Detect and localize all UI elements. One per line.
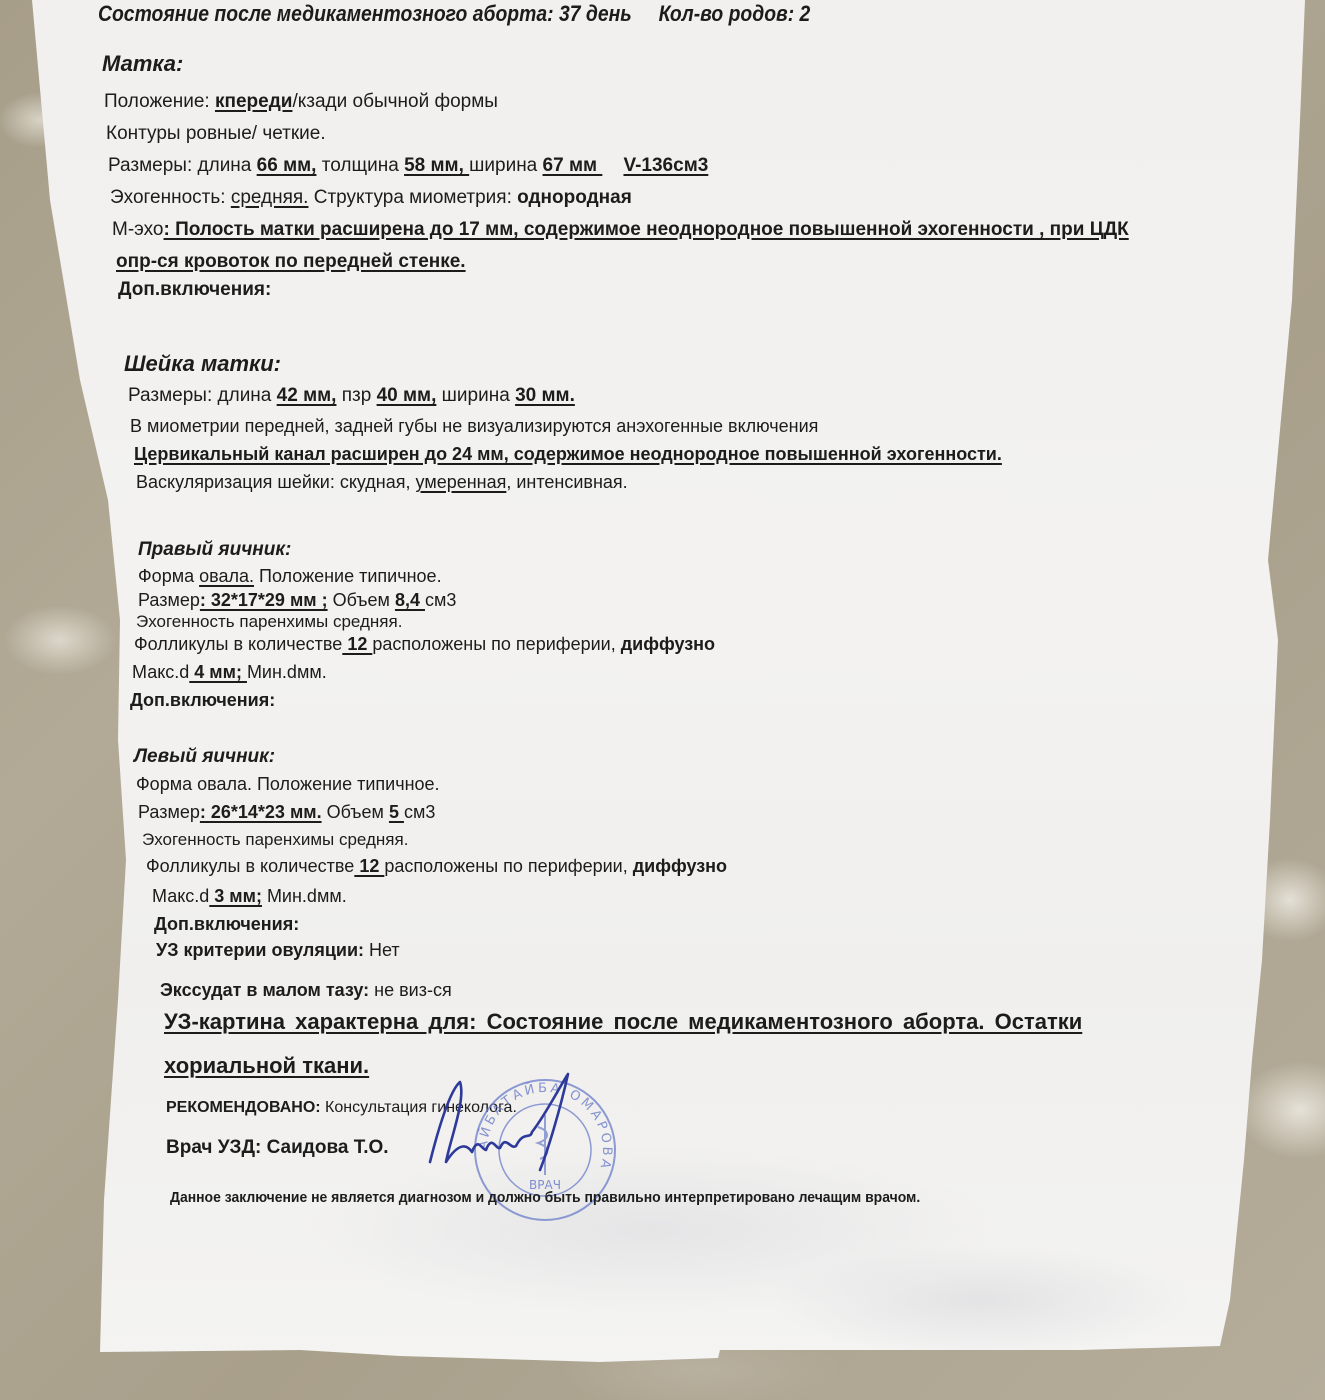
conclusion-line-2: хориальной ткани.	[164, 1054, 369, 1078]
cervix-length: 42 мм,	[277, 385, 337, 406]
cervix-width: 30 мм.	[515, 385, 575, 406]
right-ovary-shape: Форма овала. Положение типичное.	[138, 564, 442, 588]
left-ovary-shape: Форма овала. Положение типичное.	[136, 772, 440, 796]
left-ovary-follicles: Фолликулы в количестве 12 расположены по…	[146, 854, 727, 878]
uterus-echogenicity: Эхогенность: средняя. Структура миометри…	[110, 186, 632, 210]
doctor-line: Врач УЗД: Саидова Т.О.	[166, 1136, 389, 1160]
doctor-signature	[420, 1070, 620, 1180]
left-ovary-volume: 5	[389, 802, 404, 822]
left-ovary-size: Размер: 26*14*23 мм. Объем 5 см3	[138, 800, 435, 824]
cervix-myometrium-note: В миометрии передней, задней губы не виз…	[130, 414, 818, 438]
cervix-apd: 40 мм,	[377, 385, 437, 406]
uterus-position: Положение: кпереди/кзади обычной формы	[104, 90, 498, 114]
right-ovary-extra-inclusions: Доп.включения:	[130, 688, 275, 712]
uterus-title: Матка:	[102, 52, 183, 76]
left-ovary-follicle-diameter: Макс.d 3 мм; Мин.dмм.	[152, 884, 347, 908]
left-ovary-follicle-count: 12	[354, 856, 384, 876]
uterus-extra-inclusions: Доп.включения:	[118, 278, 271, 302]
cervix-canal-note: Цервикальный канал расширен до 24 мм, со…	[134, 442, 1002, 466]
uterus-length: 66 мм,	[257, 155, 317, 176]
uterus-width: 67 мм	[543, 155, 603, 176]
myometrium-structure: однородная	[517, 187, 632, 208]
uterus-sizes: Размеры: длина 66 мм, толщина 58 мм, шир…	[108, 154, 708, 178]
disclaimer: Данное заключение не является диагнозом …	[170, 1186, 920, 1210]
right-ovary-follicle-count: 12	[342, 634, 372, 654]
right-ovary-title: Правый яичник:	[138, 538, 291, 562]
position-selected: кпереди	[215, 91, 292, 112]
right-ovary-volume: 8,4	[395, 590, 425, 610]
m-echo-line-1: М-эхо: Полость матки расширена до 17 мм,…	[112, 218, 1129, 242]
left-ovary-echogenicity: Эхогенность паренхимы средняя.	[142, 828, 408, 852]
left-ovary-max-d: 3 мм;	[209, 886, 262, 906]
right-ovary-max-d: 4 мм;	[189, 662, 247, 682]
pelvic-exudate: Экссудат в малом тазу: не виз-ся	[160, 978, 452, 1002]
left-ovary-extra-inclusions: Доп.включения:	[154, 912, 299, 936]
report-header: Состояние после медикаментозного аборта:…	[98, 2, 810, 26]
left-ovary-dimensions: : 26*14*23 мм.	[200, 802, 322, 822]
right-ovary-size: Размер: 32*17*29 мм ; Объем 8,4 см3	[138, 588, 456, 612]
cervix-sizes: Размеры: длина 42 мм, пзр 40 мм, ширина …	[128, 384, 575, 408]
condition-label: Состояние после медикаментозного аборта:…	[98, 1, 632, 26]
births-label: Кол-во родов: 2	[659, 1, 811, 26]
uterus-contours: Контуры ровные/ четкие.	[106, 122, 326, 146]
cervix-vascularization: Васкуляризация шейки: скудная, умеренная…	[136, 470, 628, 494]
right-ovary-follicle-diameter: Макс.d 4 мм; Мин.dмм.	[132, 660, 327, 684]
left-ovary-title: Левый яичник:	[134, 745, 275, 769]
uterus-thickness: 58 мм,	[404, 155, 469, 176]
doctor-name: Саидова Т.О.	[261, 1137, 388, 1158]
vascularization-selected: умеренная	[416, 472, 507, 492]
cervix-title: Шейка матки:	[124, 352, 281, 376]
m-echo-line-2: опр-ся кровоток по передней стенке.	[116, 250, 466, 274]
ovulation-criteria: УЗ критерии овуляции: Нет	[156, 938, 400, 962]
uterus-volume: V-136см3	[623, 155, 708, 176]
right-ovary-echogenicity: Эхогенность паренхимы средняя.	[136, 610, 402, 634]
conclusion-line-1: УЗ-картина характерна для: Состояние пос…	[164, 1010, 1082, 1034]
right-ovary-dimensions: : 32*17*29 мм ;	[200, 590, 328, 610]
right-ovary-follicles: Фолликулы в количестве 12 расположены по…	[134, 632, 715, 656]
